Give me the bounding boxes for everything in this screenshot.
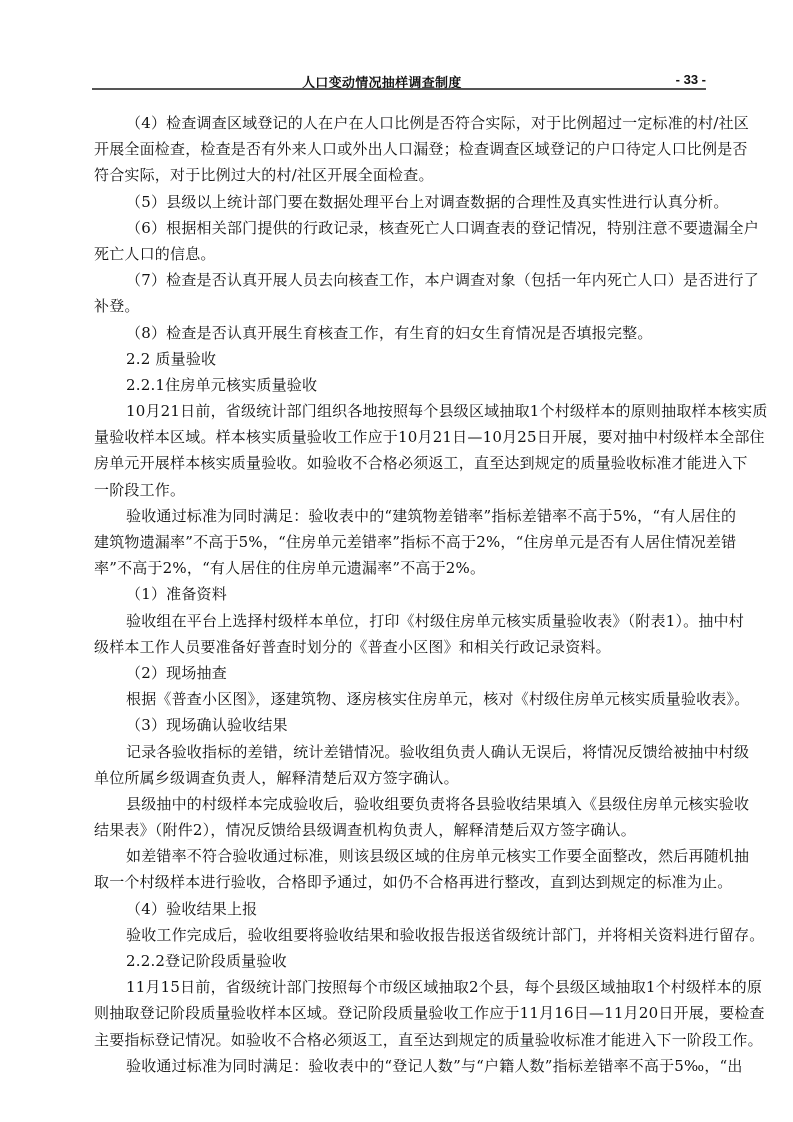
page-number: - 33 - — [676, 72, 706, 87]
text-line: 符合实际，对于比例过大的村/社区开展全面检查。 — [94, 162, 707, 188]
page-header: 人口变动情况抽样调查制度 - 33 - — [92, 72, 706, 88]
text-line: （1）准备资料 — [94, 581, 707, 607]
text-line: （7）检查是否认真开展人员去向核查工作，本户调查对象（包括一年内死亡人口）是否进… — [94, 267, 707, 293]
text-line: 根据《普查小区图》，逐建筑物、逐房核实住房单元，核对《村级住房单元核实质量验收表… — [94, 686, 707, 712]
text-line: 单位所属乡级调查负责人，解释清楚后双方签字确认。 — [94, 765, 707, 791]
text-line: 11月15日前，省级统计部门按照每个市级区域抽取2个县，每个县级区域抽取1个村级… — [94, 974, 707, 1000]
text-line: （2）现场抽查 — [94, 660, 707, 686]
text-line: （5）县级以上统计部门要在数据处理平台上对调查数据的合理性及真实性进行认真分析。 — [94, 189, 707, 215]
text-line: 2.2.1住房单元核实质量验收 — [94, 372, 707, 398]
text-line: 率”不高于2%，“有人居住的住房单元遗漏率”不高于2%。 — [94, 555, 707, 581]
text-line: 县级抽中的村级样本完成验收后，验收组要负责将各县验收结果填入《县级住房单元核实验… — [94, 791, 707, 817]
text-line: 级样本工作人员要准备好普查时划分的《普查小区图》和相关行政记录资料。 — [94, 634, 707, 660]
text-line: 一阶段工作。 — [94, 477, 707, 503]
text-line: 取一个村级样本进行验收，合格即予通过，如仍不合格再进行整改，直到达到规定的标准为… — [94, 869, 707, 895]
text-line: 开展全面检查，检查是否有外来人口或外出人口漏登；检查调查区域登记的户口待定人口比… — [94, 136, 707, 162]
text-line: （8）检查是否认真开展生育核查工作，有生育的妇女生育情况是否填报完整。 — [94, 320, 707, 346]
text-line: 建筑物遗漏率”不高于5%，“住房单元差错率”指标不高于2%，“住房单元是否有人居… — [94, 529, 707, 555]
text-line: 记录各验收指标的差错，统计差错情况。验收组负责人确认无误后，将情况反馈给被抽中村… — [94, 739, 707, 765]
text-line: （6）根据相关部门提供的行政记录，核查死亡人口调查表的登记情况，特别注意不要遗漏… — [94, 215, 707, 241]
text-line: （4）验收结果上报 — [94, 896, 707, 922]
text-line: 如差错率不符合验收通过标准，则该县级区域的住房单元核实工作要全面整改，然后再随机… — [94, 843, 707, 869]
text-line: 补登。 — [94, 293, 707, 319]
text-line: 验收通过标准为同时满足：验收表中的“建筑物差错率”指标差错率不高于5%，“有人居… — [94, 503, 707, 529]
text-line: 结果表》（附件2），情况反馈给县级调查机构负责人，解释清楚后双方签字确认。 — [94, 817, 707, 843]
body-text: （4）检查调查区域登记的人在户在人口比例是否符合实际，对于比例超过一定标准的村/… — [94, 110, 707, 1079]
header-divider — [92, 88, 706, 90]
text-line: （4）检查调查区域登记的人在户在人口比例是否符合实际，对于比例超过一定标准的村/… — [94, 110, 707, 136]
text-line: （3）现场确认验收结果 — [94, 712, 707, 738]
text-line: 量验收样本区域。样本核实质量验收工作应于10月21日—10月25日开展，要对抽中… — [94, 424, 707, 450]
text-line: 主要指标登记情况。如验收不合格必须返工，直至达到规定的质量验收标准才能进入下一阶… — [94, 1027, 707, 1053]
text-line: 2.2 质量验收 — [94, 346, 707, 372]
text-line: 验收工作完成后，验收组要将验收结果和验收报告报送省级统计部门，并将相关资料进行留… — [94, 922, 707, 948]
text-line: 10月21日前，省级统计部门组织各地按照每个县级区域抽取1个村级样本的原则抽取样… — [94, 398, 707, 424]
text-line: 验收组在平台上选择村级样本单位，打印《村级住房单元核实质量验收表》（附表1）。抽… — [94, 608, 707, 634]
text-line: 房单元开展样本核实质量验收。如验收不合格必须返工，直至达到规定的质量验收标准才能… — [94, 450, 707, 476]
text-line: 验收通过标准为同时满足：验收表中的“登记人数”与“户籍人数”指标差错率不高于5‰… — [94, 1053, 707, 1079]
text-line: 则抽取登记阶段质量验收样本区域。登记阶段质量验收工作应于11月16日—11月20… — [94, 1000, 707, 1026]
text-line: 死亡人口的信息。 — [94, 241, 707, 267]
text-line: 2.2.2登记阶段质量验收 — [94, 948, 707, 974]
